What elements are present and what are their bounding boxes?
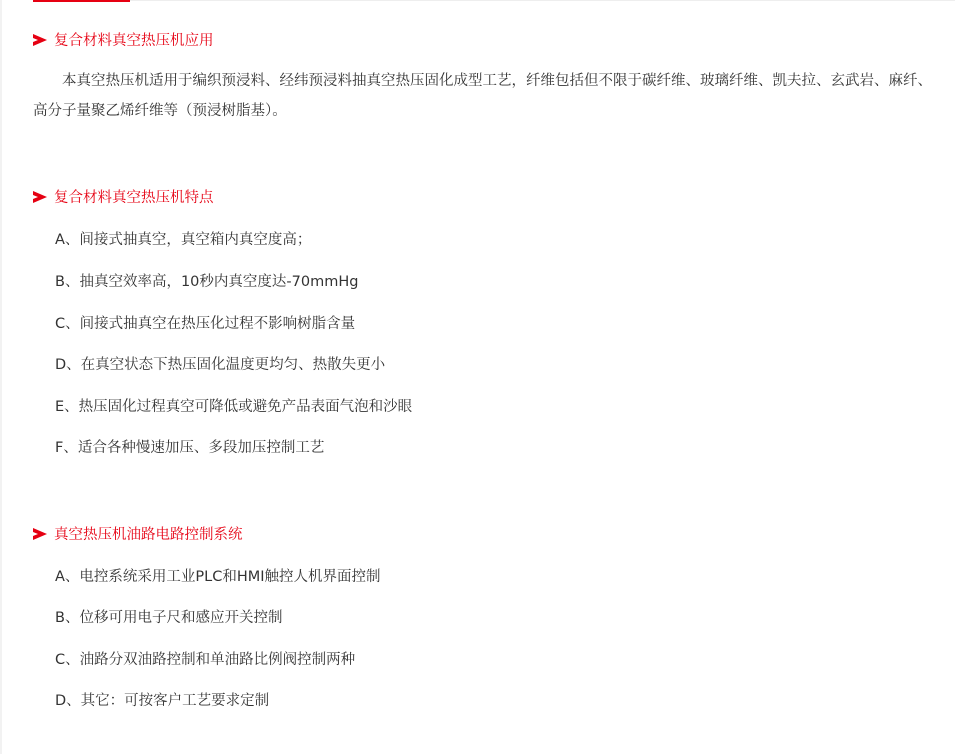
feature-item-e: E、热压固化过程真空可降低或避免产品表面气泡和沙眼 [55,395,412,416]
control-item-a: A、电控系统采用工业PLC和HMI触控人机界面控制 [55,565,381,586]
arrow-right-icon [33,528,47,540]
section-title-text: 复合材料真空热压机应用 [54,29,214,50]
left-border [0,0,2,754]
arrow-right-icon [33,34,47,46]
feature-item-d: D、在真空状态下热压固化温度更均匀、热散失更小 [55,353,385,374]
section-title-text: 复合材料真空热压机特点 [54,186,214,207]
feature-item-b: B、抽真空效率高，10秒内真空度达-70mmHg [55,270,358,291]
arrow-right-icon [33,191,47,203]
application-paragraph: 本真空热压机适用于编织预浸料、经纬预浸料抽真空热压固化成型工艺，纤维包括但不限于… [33,66,943,126]
feature-item-a: A、间接式抽真空，真空箱内真空度高； [55,228,311,249]
control-item-b: B、位移可用电子尺和感应开关控制 [55,606,282,627]
active-tab-indicator [33,0,130,2]
section-title-features: 复合材料真空热压机特点 [33,186,214,207]
section-title-application: 复合材料真空热压机应用 [33,29,214,50]
feature-item-f: F、适合各种慢速加压、多段加压控制工艺 [55,436,324,457]
top-divider [33,0,955,1]
section-title-control-system: 真空热压机油路电路控制系统 [33,523,243,544]
control-item-d: D、其它：可按客户工艺要求定制 [55,689,269,710]
feature-item-c: C、间接式抽真空在热压化过程不影响树脂含量 [55,312,355,333]
section-title-text: 真空热压机油路电路控制系统 [54,523,243,544]
control-item-c: C、油路分双油路控制和单油路比例阀控制两种 [55,648,355,669]
